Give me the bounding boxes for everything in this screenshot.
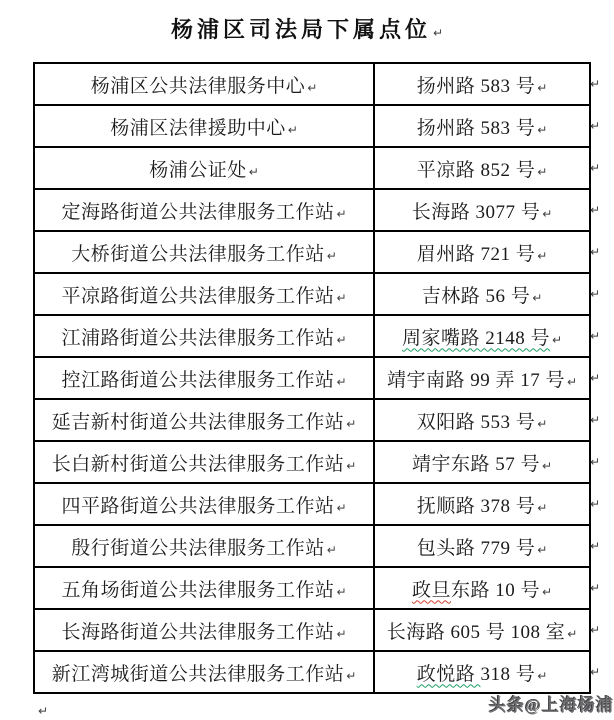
paragraph-mark-icon: ↵ [346,417,356,431]
point-name-cell: 杨浦区公共法律服务中心↵ [34,63,374,105]
table-row: 大桥街道公共法律服务工作站↵ 眉州路 721 号↵ [34,231,590,273]
paragraph-mark-icon: ↵ [552,333,562,347]
paragraph-mark-icon: ↵ [590,609,600,651]
paragraph-mark-icon: ↵ [532,291,542,305]
paragraph-mark-icon: ↵ [590,315,600,357]
paragraph-mark-icon: ↵ [38,704,48,718]
point-name-cell: 四平路街道公共法律服务工作站↵ [34,483,374,525]
point-address: 包头路 779 号 [417,538,536,559]
table-row: 长海路街道公共法律服务工作站↵ 长海路 605 号 108 室↵ [34,609,590,651]
point-address-cell: 包头路 779 号↵ [374,525,590,567]
paragraph-mark-icon: ↵ [590,651,600,693]
paragraph-mark-icon: ↵ [336,375,346,389]
point-address: 眉州路 721 号 [417,244,536,265]
table-row: 五角场街道公共法律服务工作站↵ 政旦东路 10 号↵ [34,567,590,609]
point-name: 大桥街道公共法律服务工作站 [71,244,325,265]
paragraph-mark-icon: ↵ [327,249,337,263]
paragraph-mark-icon: ↵ [542,207,552,221]
point-name: 控江路街道公共法律服务工作站 [61,370,334,391]
paragraph-mark-icon: ↵ [288,123,298,137]
point-address-cell: 眉州路 721 号↵ [374,231,590,273]
point-name: 五角场街道公共法律服务工作站 [61,580,334,601]
point-address-cell: 政悦路 318 号↵ [374,651,590,693]
table-row: 杨浦区公共法律服务中心↵ 扬州路 583 号↵ [34,63,590,105]
paragraph-mark-icon: ↵ [336,627,346,641]
paragraph-mark-icon: ↵ [537,669,547,683]
point-name-cell: 定海路街道公共法律服务工作站↵ [34,189,374,231]
paragraph-mark-icon: ↵ [590,147,600,189]
paragraph-mark-icon: ↵ [590,399,600,441]
table-row: 控江路街道公共法律服务工作站↵ 靖宇南路 99 弄 17 号↵ [34,357,590,399]
point-name: 杨浦区法律援助中心 [110,118,286,139]
paragraph-mark-icon: ↵ [346,459,356,473]
point-name: 杨浦区公共法律服务中心 [91,76,306,97]
point-name: 延吉新村街道公共法律服务工作站 [52,412,345,433]
point-name-cell: 延吉新村街道公共法律服务工作站↵ [34,399,374,441]
point-address-cell: 平凉路 852 号↵ [374,147,590,189]
point-address-misspelled: 政旦 [412,580,451,601]
point-name-cell: 五角场街道公共法律服务工作站↵ [34,567,374,609]
point-name-cell: 杨浦公证处↵ [34,147,374,189]
paragraph-mark-icon: ↵ [433,26,443,40]
point-name: 平凉路街道公共法律服务工作站 [61,286,334,307]
table-row: 延吉新村街道公共法律服务工作站↵ 双阳路 553 号↵ [34,399,590,441]
paragraph-mark-icon: ↵ [336,291,346,305]
paragraph-mark-icon: ↵ [336,501,346,515]
table-row: 杨浦公证处↵ 平凉路 852 号↵ [34,147,590,189]
paragraph-mark-icon: ↵ [327,543,337,557]
paragraph-mark-icon: ↵ [542,459,552,473]
point-name-cell: 大桥街道公共法律服务工作站↵ [34,231,374,273]
point-address: 靖宇东路 57 号 [412,454,540,475]
after-table-paragraph: ↵ [36,702,48,720]
point-name: 新江湾城街道公共法律服务工作站 [52,664,345,685]
document-page: 杨浦区司法局下属点位↵ 杨浦区公共法律服务中心↵ 扬州路 583 号↵ 杨浦区法… [0,0,614,720]
table-row: 殷行街道公共法律服务工作站↵ 包头路 779 号↵ [34,525,590,567]
paragraph-mark-icon: ↵ [537,417,547,431]
point-name-cell: 长白新村街道公共法律服务工作站↵ [34,441,374,483]
point-address: 双阳路 553 号 [417,412,536,433]
row-end-marks: ↵ ↵ ↵ ↵ ↵ ↵ ↵ ↵ ↵ ↵ ↵ ↵ ↵ ↵ ↵ [590,63,600,693]
point-address-cell: 吉林路 56 号↵ [374,273,590,315]
page-title-row: 杨浦区司法局下属点位↵ [0,13,614,44]
paragraph-mark-icon: ↵ [590,525,600,567]
point-address: 东路 10 号 [451,580,540,601]
paragraph-mark-icon: ↵ [590,567,600,609]
point-address: 平凉路 852 号 [417,160,536,181]
toutiao-watermark: 头条@上海杨浦 [489,691,614,716]
paragraph-mark-icon: ↵ [567,375,577,389]
point-name: 江浦路街道公共法律服务工作站 [61,328,334,349]
point-name-cell: 平凉路街道公共法律服务工作站↵ [34,273,374,315]
point-address-misspelled: 政悦路 [417,664,481,685]
point-address-cell: 双阳路 553 号↵ [374,399,590,441]
point-address: 318 号 [480,664,535,685]
paragraph-mark-icon: ↵ [590,105,600,147]
paragraph-mark-icon: ↵ [336,207,346,221]
paragraph-mark-icon: ↵ [590,483,600,525]
table-row: 杨浦区法律援助中心↵ 扬州路 583 号↵ [34,105,590,147]
point-address: 周家嘴路 2148 号 [402,328,550,349]
paragraph-mark-icon: ↵ [590,189,600,231]
point-address-cell: 扬州路 583 号↵ [374,105,590,147]
point-address-cell: 周家嘴路 2148 号↵ [374,315,590,357]
table-row: 定海路街道公共法律服务工作站↵ 长海路 3077 号↵ [34,189,590,231]
point-name: 长海路街道公共法律服务工作站 [61,622,334,643]
table-row: 平凉路街道公共法律服务工作站↵ 吉林路 56 号↵ [34,273,590,315]
paragraph-mark-icon: ↵ [537,165,547,179]
point-address-cell: 政旦东路 10 号↵ [374,567,590,609]
paragraph-mark-icon: ↵ [590,441,600,483]
table-row: 新江湾城街道公共法律服务工作站↵ 政悦路 318 号↵ [34,651,590,693]
paragraph-mark-icon: ↵ [537,543,547,557]
point-address-cell: 扬州路 583 号↵ [374,63,590,105]
paragraph-mark-icon: ↵ [590,63,600,105]
paragraph-mark-icon: ↵ [590,273,600,315]
table-row: 长白新村街道公共法律服务工作站↵ 靖宇东路 57 号↵ [34,441,590,483]
point-address: 抚顺路 378 号 [417,496,536,517]
paragraph-mark-icon: ↵ [590,231,600,273]
point-name: 长白新村街道公共法律服务工作站 [52,454,345,475]
point-address: 扬州路 583 号 [417,76,536,97]
point-name-cell: 新江湾城街道公共法律服务工作站↵ [34,651,374,693]
point-address: 长海路 605 号 108 室 [387,622,566,643]
paragraph-mark-icon: ↵ [542,585,552,599]
table-row: 江浦路街道公共法律服务工作站↵ 周家嘴路 2148 号↵ [34,315,590,357]
point-address-cell: 长海路 3077 号↵ [374,189,590,231]
page-title: 杨浦区司法局下属点位 [171,17,431,42]
paragraph-mark-icon: ↵ [537,123,547,137]
point-address-cell: 靖宇东路 57 号↵ [374,441,590,483]
point-name-cell: 长海路街道公共法律服务工作站↵ [34,609,374,651]
point-name-cell: 杨浦区法律援助中心↵ [34,105,374,147]
paragraph-mark-icon: ↵ [307,81,317,95]
point-address: 靖宇南路 99 弄 17 号 [387,370,565,391]
paragraph-mark-icon: ↵ [346,669,356,683]
paragraph-mark-icon: ↵ [537,81,547,95]
point-address-cell: 靖宇南路 99 弄 17 号↵ [374,357,590,399]
paragraph-mark-icon: ↵ [590,357,600,399]
point-name: 定海路街道公共法律服务工作站 [61,202,334,223]
paragraph-mark-icon: ↵ [249,165,259,179]
point-address: 扬州路 583 号 [417,118,536,139]
point-name: 杨浦公证处 [149,160,247,181]
point-address: 长海路 3077 号 [412,202,541,223]
paragraph-mark-icon: ↵ [336,585,346,599]
point-address-cell: 长海路 605 号 108 室↵ [374,609,590,651]
point-address-cell: 抚顺路 378 号↵ [374,483,590,525]
point-name-cell: 江浦路街道公共法律服务工作站↵ [34,315,374,357]
point-name-cell: 控江路街道公共法律服务工作站↵ [34,357,374,399]
point-name: 四平路街道公共法律服务工作站 [61,496,334,517]
point-name-cell: 殷行街道公共法律服务工作站↵ [34,525,374,567]
table-row: 四平路街道公共法律服务工作站↵ 抚顺路 378 号↵ [34,483,590,525]
points-table: 杨浦区公共法律服务中心↵ 扬州路 583 号↵ 杨浦区法律援助中心↵ 扬州路 5… [33,62,591,694]
paragraph-mark-icon: ↵ [537,249,547,263]
paragraph-mark-icon: ↵ [336,333,346,347]
paragraph-mark-icon: ↵ [567,627,577,641]
paragraph-mark-icon: ↵ [537,501,547,515]
point-address: 吉林路 56 号 [422,286,531,307]
point-name: 殷行街道公共法律服务工作站 [71,538,325,559]
